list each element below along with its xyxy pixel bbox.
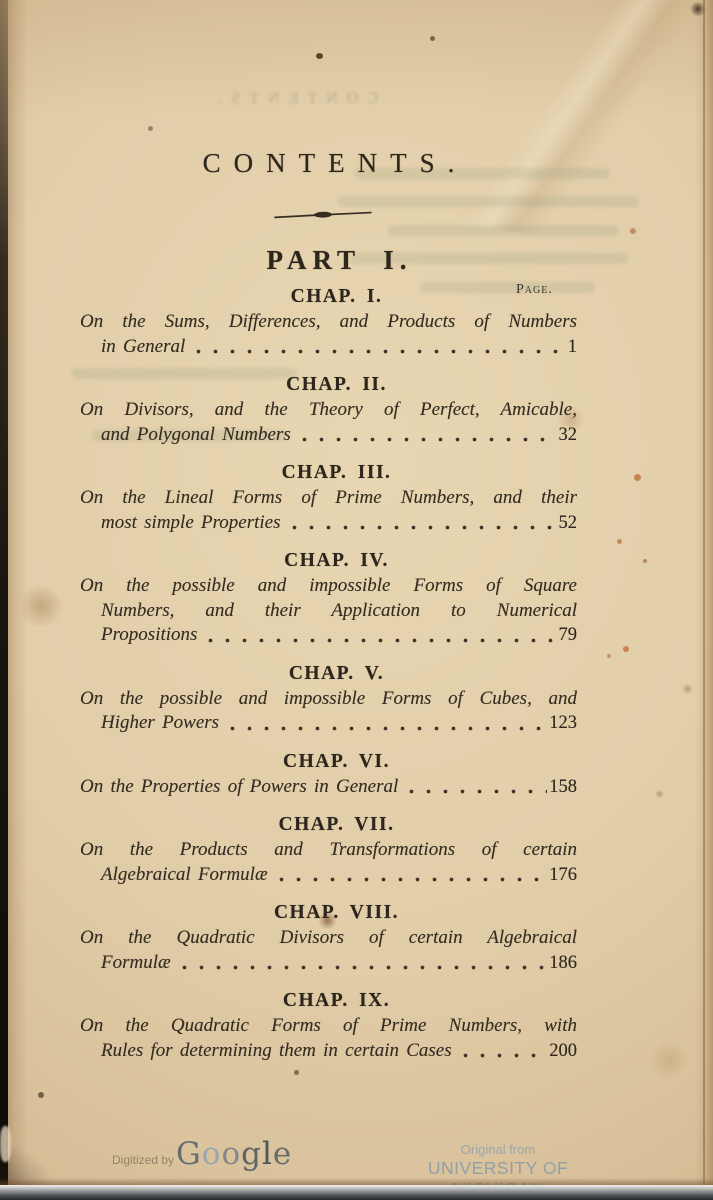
page-number: 186: [549, 951, 577, 976]
toc-line: most simple Properties52: [80, 511, 577, 536]
page-number: 176: [549, 863, 577, 888]
toc-entry-text: On the Lineal Forms of Prime Numbers, an…: [80, 486, 577, 511]
google-logo-letter: g: [241, 1136, 262, 1172]
page-number: 158: [549, 775, 577, 800]
page-edge-line: [703, 0, 705, 1186]
stain: [643, 559, 647, 563]
chapter-heading: CHAP. IV.: [80, 550, 577, 571]
scanned-book-page: CONTENTS. CONTENTS. PART I. Page. CHAP. …: [0, 0, 713, 1200]
toc-line: On the possible and impossible Forms of …: [80, 687, 577, 712]
stain: [148, 126, 153, 131]
toc-chapter: CHAP. I.On the Sums, Differences, and Pr…: [80, 286, 577, 359]
google-logo-letter: o: [221, 1136, 241, 1172]
page-number: 79: [559, 623, 578, 648]
page-number: 1: [568, 335, 577, 360]
toc-line: On the Lineal Forms of Prime Numbers, an…: [80, 486, 577, 511]
stain: [294, 1070, 299, 1075]
toc-chapter: CHAP. III.On the Lineal Forms of Prime N…: [80, 462, 577, 535]
stain: [607, 654, 611, 658]
toc-entry-text: most simple Properties: [101, 511, 281, 536]
paper-chip: [0, 1126, 11, 1162]
stain: [38, 1092, 44, 1098]
toc-line: On the Sums, Differences, and Products o…: [80, 310, 577, 335]
toc-line: On the Products and Transformations of c…: [80, 838, 577, 863]
toc-entry-text: On the Quadratic Forms of Prime Numbers,…: [80, 1014, 577, 1039]
stain: [634, 474, 641, 481]
chapter-heading: CHAP. VIII.: [80, 902, 577, 923]
google-logo-letter: e: [273, 1136, 292, 1172]
stain: [617, 539, 622, 544]
toc-entry-text: On the Quadratic Divisors of certain Alg…: [80, 926, 577, 951]
dot-leader: [409, 788, 547, 795]
toc-entry-text: On the possible and impossible Forms of …: [80, 574, 577, 599]
toc-chapter: CHAP. VIII.On the Quadratic Divisors of …: [80, 902, 577, 975]
toc-line: Formulæ186: [80, 951, 577, 976]
toc-chapter: CHAP. VII.On the Products and Transforma…: [80, 814, 577, 887]
stain: [430, 36, 435, 41]
stain: [682, 684, 693, 694]
google-logo-letter: G: [176, 1136, 202, 1172]
toc-line: Rules for determining them in certain Ca…: [80, 1039, 577, 1064]
toc-line: Numbers, and their Application to Numeri…: [80, 599, 577, 624]
page-column-label: Page.: [516, 282, 553, 298]
stain: [655, 790, 664, 798]
toc-entry-text: in General: [101, 335, 185, 360]
toc-line: On Divisors, and the Theory of Perfect, …: [80, 398, 577, 423]
toc-chapter: CHAP. VI.On the Properties of Powers in …: [80, 751, 577, 800]
toc-entry-text: Propositions: [101, 623, 197, 648]
dot-leader: [292, 524, 557, 531]
bottom-scan-bar: [0, 1185, 713, 1200]
google-logo-letter: o: [202, 1136, 222, 1172]
page-bottom-edge: [0, 1178, 713, 1185]
page-number: 123: [549, 711, 577, 736]
chapter-heading: CHAP. VII.: [80, 814, 577, 835]
dot-leader: [230, 725, 547, 732]
chapter-heading: CHAP. II.: [80, 374, 577, 395]
toc-entry-text: Algebraical Formulæ: [101, 863, 268, 888]
chapter-heading: CHAP. I.: [80, 286, 577, 307]
chapter-heading: CHAP. V.: [80, 663, 577, 684]
toc-line: On the possible and impossible Forms of …: [80, 574, 577, 599]
dot-leader: [302, 436, 557, 443]
toc-entry-text: Numbers, and their Application to Numeri…: [101, 599, 577, 624]
chapter-heading: CHAP. VI.: [80, 751, 577, 772]
toc-line: and Polygonal Numbers32: [80, 423, 577, 448]
toc-entry-text: Rules for determining them in certain Ca…: [101, 1039, 452, 1064]
toc-entry-text: On Divisors, and the Theory of Perfect, …: [80, 398, 577, 423]
toc-entry-text: Higher Powers: [101, 711, 219, 736]
toc-chapter: CHAP. II.On Divisors, and the Theory of …: [80, 374, 577, 447]
page-title: CONTENTS.: [80, 148, 577, 179]
toc-chapter: CHAP. V.On the possible and impossible F…: [80, 663, 577, 736]
chapter-list: CHAP. I.On the Sums, Differences, and Pr…: [80, 286, 577, 1063]
book-gutter-shadow: [0, 0, 8, 1186]
toc-entry-text: On the Products and Transformations of c…: [80, 838, 577, 863]
dot-leader: [182, 964, 548, 971]
dot-leader: [208, 637, 556, 644]
page-number: 200: [549, 1039, 577, 1064]
stain: [623, 646, 629, 652]
section-divider: [273, 209, 371, 222]
google-logo: Google: [176, 1136, 292, 1172]
toc-line: Propositions79: [80, 623, 577, 648]
toc-line: Higher Powers123: [80, 711, 577, 736]
stain: [316, 53, 323, 59]
toc-line: On the Quadratic Divisors of certain Alg…: [80, 926, 577, 951]
contents-page: CONTENTS. PART I. Page. CHAP. I.On the S…: [80, 148, 577, 1063]
page-number: 32: [559, 423, 578, 448]
toc-chapter: CHAP. IX.On the Quadratic Forms of Prime…: [80, 990, 577, 1063]
toc-line: in General1: [80, 335, 577, 360]
toc-entry-text: and Polygonal Numbers: [101, 423, 291, 448]
toc-entry-text: On the Properties of Powers in General: [80, 775, 398, 800]
digitized-by-label: Digitized by: [112, 1153, 174, 1167]
toc-chapter: CHAP. IV.On the possible and impossible …: [80, 550, 577, 648]
page-number: 52: [559, 511, 578, 536]
chapter-heading: CHAP. IX.: [80, 990, 577, 1011]
dot-leader: [463, 1052, 548, 1059]
toc-line: On the Quadratic Forms of Prime Numbers,…: [80, 1014, 577, 1039]
toc-entry-text: Formulæ: [101, 951, 171, 976]
stain: [648, 1040, 690, 1080]
bleedthrough-title: CONTENTS.: [228, 90, 378, 108]
original-from-label: Original from: [388, 1142, 608, 1157]
dot-leader: [196, 348, 565, 355]
google-logo-letter: l: [262, 1136, 273, 1172]
dot-leader: [279, 876, 548, 883]
toc-line: On the Properties of Powers in General15…: [80, 775, 577, 800]
chapter-heading: CHAP. III.: [80, 462, 577, 483]
toc-line: Algebraical Formulæ176: [80, 863, 577, 888]
stain: [630, 228, 636, 234]
part-heading: PART I.: [80, 245, 577, 276]
toc-entry-text: On the possible and impossible Forms of …: [80, 687, 577, 712]
toc-entry-text: On the Sums, Differences, and Products o…: [80, 310, 577, 335]
